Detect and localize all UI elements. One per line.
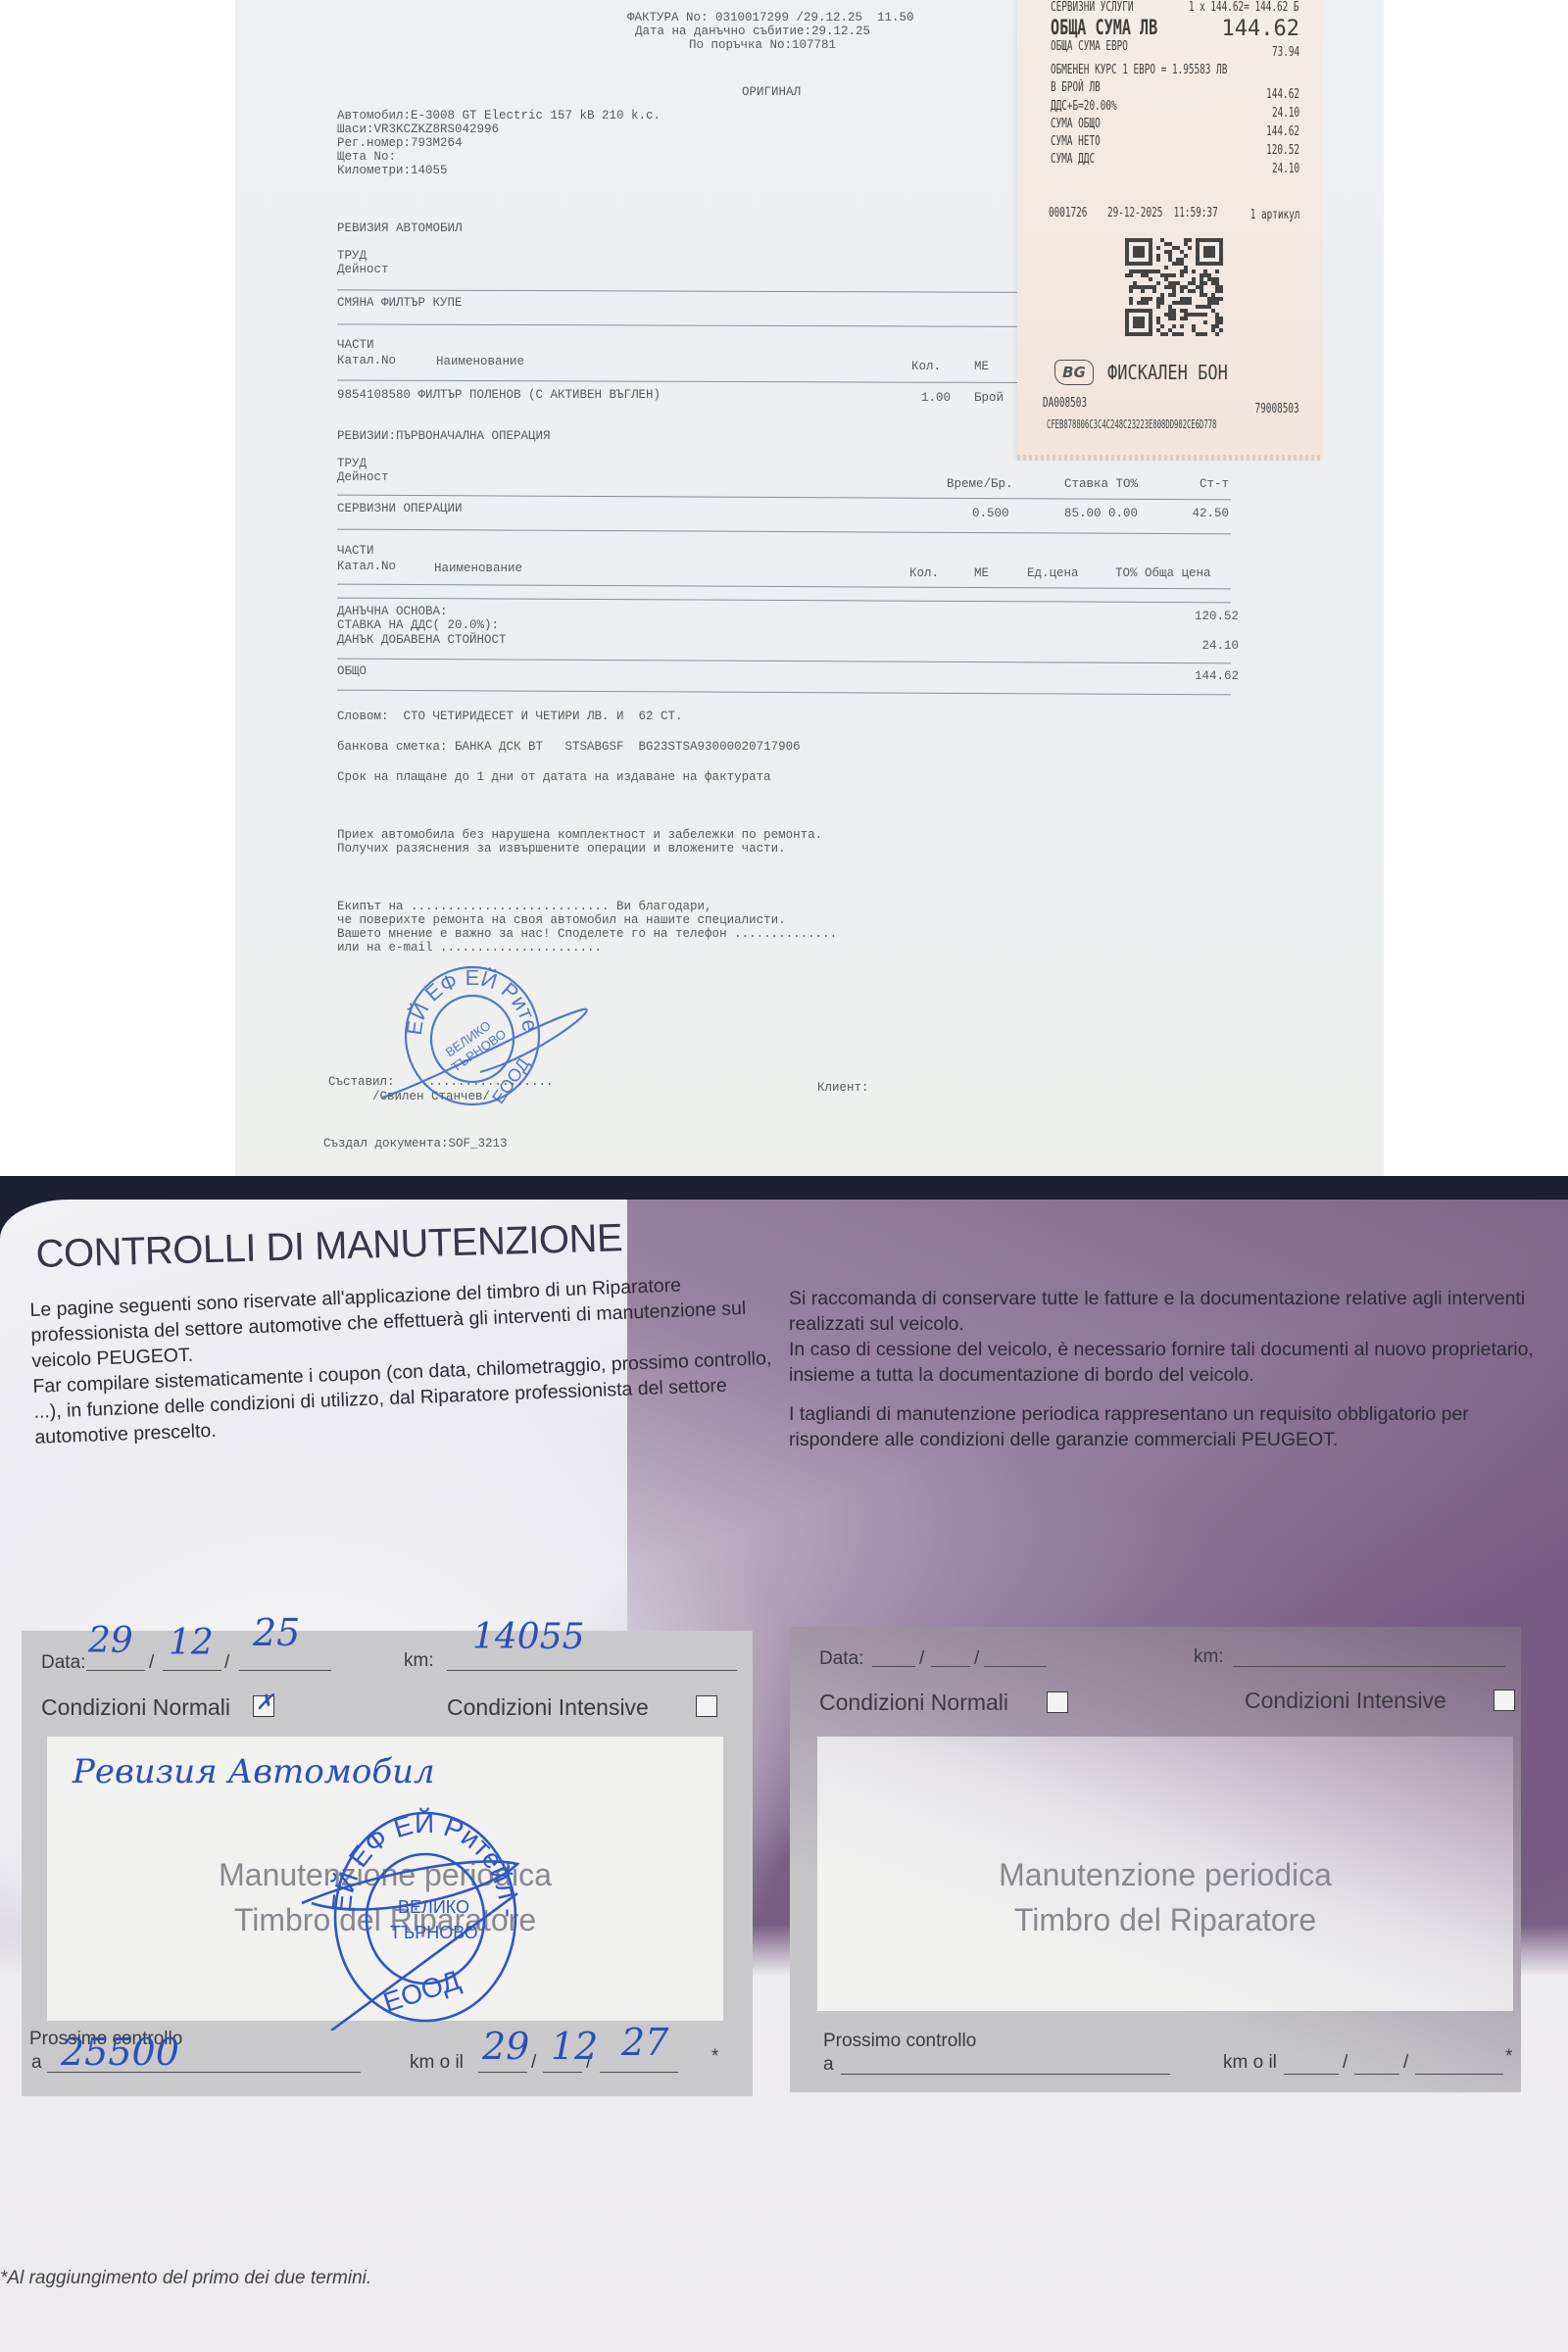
intensive-conditions-label: Condizioni Intensive bbox=[1245, 1688, 1446, 1714]
divider bbox=[337, 495, 1231, 501]
normal-conditions-label: Condizioni Normali bbox=[819, 1690, 1008, 1716]
km-label: km: bbox=[404, 1650, 434, 1672]
svg-text:ЕЙ ЕФ ЕЙ Ритейл - 3: ЕЙ ЕФ ЕЙ Ритейл - 3 bbox=[382, 962, 543, 1037]
stamp-placeholder-line-1: Manutenzione periodica bbox=[47, 1852, 723, 1897]
section1-col-activity: Дейност bbox=[337, 263, 389, 276]
stamp-placeholder: Manutenzione periodica Timbro del Ripara… bbox=[47, 1852, 723, 1942]
receipt-sum-total: 144.62 bbox=[1266, 124, 1299, 139]
date-year-handwritten[interactable]: 25 bbox=[253, 1611, 300, 1654]
section1-col-cat: Катал.No bbox=[337, 354, 396, 367]
bank-account: банкова сметка: БАНКА ДСК ВТ STSABGSF BG… bbox=[337, 740, 801, 754]
section2-col-cat: Катал.No bbox=[337, 560, 396, 573]
total-label: ОБЩО bbox=[337, 664, 367, 678]
section1-title: РЕВИЗИЯ АВТОМОБИЛ bbox=[337, 221, 463, 235]
normal-conditions-checkbox[interactable] bbox=[1047, 1691, 1068, 1713]
booklet-left-text: Le pagine seguenti sono riservate all'ap… bbox=[29, 1268, 799, 1450]
next-check-label: Prossimo controllo bbox=[823, 2031, 976, 2052]
section2-col-time: Време/Бр. bbox=[947, 477, 1013, 491]
receipt-articles: 1 артикул bbox=[1249, 208, 1299, 222]
section2-col-total: ТО% Обща цена bbox=[1115, 566, 1211, 580]
parts-row-name: 9854108580 ФИЛТЪР ПОЛЕНОВ (С АКТИВЕН ВЪГ… bbox=[337, 388, 661, 402]
thanks-line-2: че поверихте ремонта на своя автомобил н… bbox=[337, 913, 786, 927]
receipt-hash: CFEB878806C3C4C248C23223E808DD902CE6D778 bbox=[1047, 417, 1216, 431]
next-km-or-label: km o il bbox=[410, 2052, 464, 2074]
stamp-placeholder: Manutenzione periodica Timbro del Ripara… bbox=[817, 1852, 1513, 1942]
receipt-datetime: 29-12-2025 11:59:37 bbox=[1107, 206, 1218, 220]
fiscal-receipt: СЕРВИЗНИ УСЛУГИ 1 x 144.62= 144.62 Б ОБЩ… bbox=[1017, 0, 1323, 461]
workshop-stamp-bottom: ЕООД bbox=[379, 1965, 464, 2018]
next-month-handwritten[interactable]: 12 bbox=[551, 2025, 598, 2068]
workshop-stamp-area: Ревизия Автомобил Manutenzione periodica… bbox=[47, 1737, 723, 2021]
qr-code bbox=[1125, 238, 1223, 336]
divider bbox=[337, 598, 1231, 604]
next-day-handwritten[interactable]: 29 bbox=[482, 2025, 529, 2068]
fiscal-memory-number: 79008503 bbox=[1255, 402, 1299, 416]
receipt-sum-net: 120.52 bbox=[1266, 143, 1299, 158]
section1-parts-title: ЧАСТИ bbox=[337, 338, 374, 352]
stamp-placeholder-line-1: Manutenzione periodica bbox=[817, 1852, 1513, 1897]
receipt-total-bgn: 144.62 bbox=[1222, 17, 1299, 41]
section2-col-total: Ст-т bbox=[1200, 477, 1229, 491]
workshop-stamp-area: Manutenzione periodica Timbro del Ripara… bbox=[817, 1737, 1513, 2011]
km-handwritten[interactable]: 14055 bbox=[472, 1617, 585, 1657]
date-label: Data: bbox=[41, 1652, 85, 1674]
next-check-a: a bbox=[823, 2054, 834, 2076]
next-asterisk: * bbox=[711, 2046, 718, 2068]
vat-value: 24.10 bbox=[1201, 639, 1239, 653]
stamp-placeholder-line-2: Timbro del Riparatore bbox=[817, 1897, 1513, 1942]
order-number: По поръчка No:107781 bbox=[689, 38, 836, 52]
receipt-sum-vat: 24.10 bbox=[1272, 162, 1299, 176]
device-id: DA008503 bbox=[1043, 396, 1087, 411]
next-year-handwritten[interactable]: 27 bbox=[621, 2021, 668, 2064]
tax-event-date: Дата на данъчно събитие:29.12.25 bbox=[635, 24, 870, 38]
maintenance-coupon-2: Data: / / km: Condizioni Normali Condizi… bbox=[790, 1627, 1521, 2092]
divider bbox=[337, 529, 1231, 535]
labor-row-rate: 85.00 0.00 bbox=[1064, 507, 1138, 520]
date-label: Data: bbox=[819, 1648, 863, 1670]
section2-title: РЕВИЗИИ:ПЪРВОНАЧАЛНА ОПЕРАЦИЯ bbox=[337, 429, 551, 443]
stamp-outer-text: ЕЙ ЕФ ЕЙ Ритейл - 3 bbox=[382, 962, 543, 1037]
invoice-number: ФАКТУРА No: 0310017299 /29.12.25 11.50 bbox=[627, 11, 914, 24]
section2-labor-title: ТРУД bbox=[337, 457, 367, 470]
next-km-handwritten[interactable]: 25500 bbox=[61, 2031, 179, 2074]
maintenance-booklet: CONTROLLI DI MANUTENZIONE Le pagine segu… bbox=[0, 1200, 1568, 2352]
normal-conditions-label: Condizioni Normali bbox=[41, 1694, 230, 1721]
divider bbox=[337, 659, 1231, 664]
date-month-handwritten[interactable]: 12 bbox=[169, 1623, 214, 1663]
booklet-right-text: Si raccomanda di conservare tutte le fat… bbox=[789, 1286, 1553, 1452]
handwritten-service-note: Ревизия Автомобил bbox=[73, 1752, 435, 1791]
vat-rate-label: СТАВКА НА ДДС( 20.0%): bbox=[337, 618, 499, 632]
receipt-total-eur-label: ОБЩА СУМА ЕВРО bbox=[1051, 39, 1128, 54]
vat-label: ДАНЪК ДОБАВЕНА СТОЙНОСТ bbox=[337, 633, 507, 647]
intensive-conditions-checkbox[interactable] bbox=[696, 1695, 717, 1717]
acceptance-line-1: Приех автомобила без нарушена комплектно… bbox=[337, 828, 822, 842]
compiled-by-name: /Свилен Станчев/ bbox=[372, 1090, 490, 1103]
receipt-sum-net-label: СУМА НЕТО bbox=[1051, 134, 1101, 149]
amount-in-words: Словом: СТО ЧЕТИРИДЕСЕТ И ЧЕТИРИ ЛВ. И 6… bbox=[337, 710, 683, 723]
normal-conditions-checkbox[interactable]: ✗ bbox=[253, 1695, 274, 1717]
receipt-sum-total-label: СУМА ОБЩО bbox=[1051, 117, 1101, 131]
labor-row-total: 42.50 bbox=[1192, 507, 1229, 520]
receipt-sum-vat-label: СУМА ДДС bbox=[1051, 152, 1095, 167]
receipt-item-calc: 1 x 144.62= 144.62 Б bbox=[1189, 0, 1299, 15]
intensive-conditions-checkbox[interactable] bbox=[1494, 1690, 1515, 1711]
thanks-line-3: Вашето мнение е важно за нас! Споделете … bbox=[337, 927, 837, 941]
receipt-item: СЕРВИЗНИ УСЛУГИ bbox=[1051, 0, 1134, 15]
thanks-line-1: Екипът на ........................... Ви… bbox=[337, 900, 712, 913]
section2-col-activity: Дейност bbox=[337, 470, 389, 484]
vehicle-reg-number: Рег.номер:793M264 bbox=[337, 136, 463, 150]
parts-row-unit: Брой bbox=[974, 391, 1004, 405]
section2-parts-title: ЧАСТИ bbox=[337, 544, 374, 558]
next-check-a: a bbox=[31, 2052, 42, 2074]
account-number: Щета No: bbox=[337, 150, 396, 164]
stamp-placeholder-line-2: Timbro del Riparatore bbox=[47, 1897, 723, 1942]
tax-base-value: 120.52 bbox=[1195, 610, 1239, 623]
vehicle-chassis: Шаси:VR3KCZKZ8RS042996 bbox=[337, 122, 499, 136]
vehicle-km: Километри:14055 bbox=[337, 164, 448, 177]
receipt-exchange-rate: ОБМЕНЕН КУРС 1 ЕВРО = 1.95583 ЛВ bbox=[1051, 63, 1227, 77]
km-label: km: bbox=[1194, 1646, 1224, 1668]
receipt-number: 0001726 bbox=[1049, 206, 1087, 220]
section1-col-name: Наименование bbox=[436, 355, 524, 368]
section2-col-qty: Кол. bbox=[909, 566, 939, 580]
vehicle-model: Автомобил:E-3008 GT Electric 157 kB 210 … bbox=[337, 109, 661, 122]
stamp-inner-2: ТЪРНОВО bbox=[449, 1026, 510, 1074]
receipt-tear-edge bbox=[1017, 455, 1323, 461]
thanks-line-4: или на e-mail ...................... bbox=[337, 941, 602, 955]
tax-base-label: ДАНЪЧНА ОСНОВА: bbox=[337, 605, 448, 618]
parts-row-qty: 1.00 bbox=[921, 391, 951, 405]
labor-row-activity: СМЯНА ФИЛТЪР КУПЕ bbox=[337, 296, 463, 310]
right-paragraph-3: I tagliandi di manutenzione periodica ra… bbox=[789, 1401, 1553, 1452]
divider bbox=[337, 584, 1231, 590]
section1-col-unit: МЕ bbox=[974, 360, 989, 373]
divider bbox=[337, 690, 1231, 696]
section1-labor-title: ТРУД bbox=[337, 249, 367, 263]
section2-col-price: Ед.цена bbox=[1027, 566, 1079, 580]
compiled-by-dots: ................... bbox=[414, 1075, 554, 1089]
bg-logo-icon: BG bbox=[1054, 360, 1094, 385]
receipt-total-eur: 73.94 bbox=[1272, 45, 1299, 60]
intensive-conditions-label: Condizioni Intensive bbox=[447, 1694, 649, 1721]
receipt-vat-b: 24.10 bbox=[1272, 106, 1299, 121]
right-paragraph-1: Si raccomanda di conservare tutte le fat… bbox=[789, 1286, 1553, 1337]
receipt-cash-label: В БРОЙ ЛВ bbox=[1051, 80, 1101, 95]
total-value: 144.62 bbox=[1195, 669, 1239, 683]
next-asterisk: * bbox=[1505, 2046, 1512, 2068]
next-km-or-label: km o il bbox=[1223, 2052, 1277, 2074]
acceptance-line-2: Получих разяснения за извършените операц… bbox=[337, 842, 786, 856]
section2-col-name: Наименование bbox=[434, 562, 522, 575]
maintenance-coupon-1: Data: / / 29 12 25 km: 14055 Condizioni … bbox=[22, 1631, 753, 2096]
section1-col-qty: Кол. bbox=[911, 360, 941, 373]
payment-term: Срок на плащане до 1 дни от датата на из… bbox=[337, 770, 771, 784]
copy-type: ОРИГИНАЛ bbox=[742, 85, 801, 99]
labor-row-time: 0.500 bbox=[972, 507, 1009, 520]
booklet-title: CONTROLLI DI MANUTENZIONE bbox=[35, 1216, 623, 1277]
right-paragraph-2: In caso di cessione del veicolo, è neces… bbox=[789, 1337, 1553, 1388]
receipt-cash: 144.62 bbox=[1266, 87, 1299, 102]
client-label: Клиент: bbox=[817, 1081, 869, 1095]
footnote: *Al raggiungimento del primo dei due ter… bbox=[0, 2268, 371, 2289]
section2-col-rate: Ставка ТО% bbox=[1064, 477, 1138, 491]
compiled-by-label: Съставил: bbox=[328, 1075, 395, 1089]
date-day-handwritten[interactable]: 29 bbox=[88, 1621, 133, 1661]
receipt-total-bgn-label: ОБЩА СУМА ЛВ bbox=[1051, 16, 1157, 39]
document-creator: Създал документа:SOF_3213 bbox=[323, 1137, 508, 1151]
stamp-inner-1: ВЕЛИКО bbox=[443, 1018, 494, 1060]
section2-col-unit: МЕ bbox=[974, 566, 989, 580]
receipt-vat-b-label: ДДС+Б=20.00% bbox=[1051, 99, 1117, 114]
fiscal-label: ФИСКАЛЕН БОН bbox=[1107, 361, 1228, 384]
labor-row-activity: СЕРВИЗНИ ОПЕРАЦИИ bbox=[337, 502, 463, 515]
